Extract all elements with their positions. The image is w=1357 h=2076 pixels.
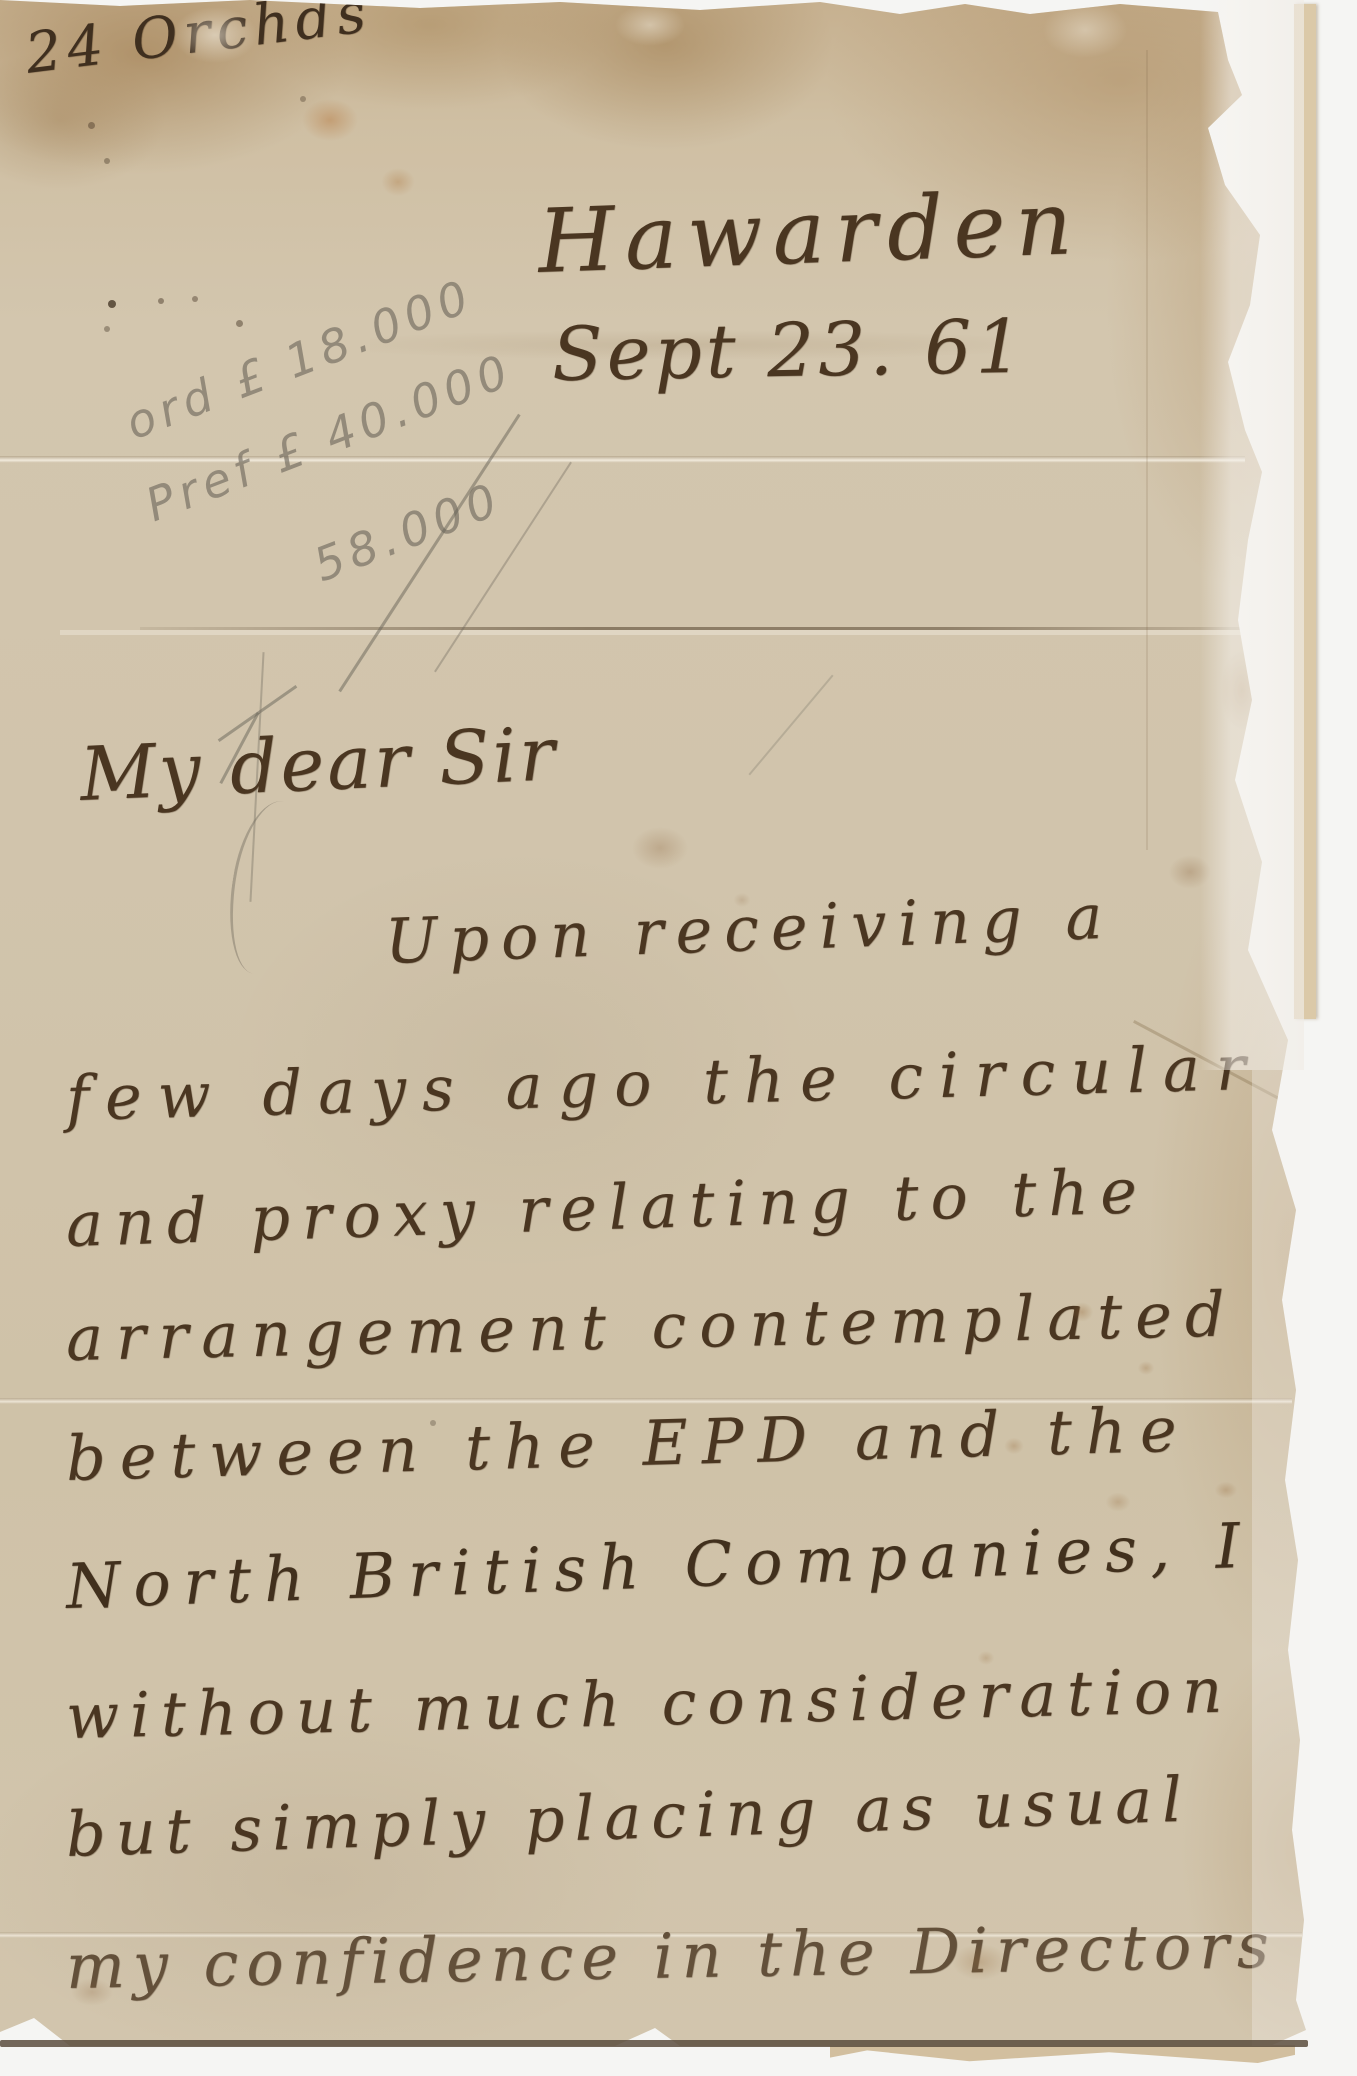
pinhole bbox=[192, 296, 198, 302]
scanner-background: ord £ 18.000 Pref £ 40.000 58.000 24 Orc… bbox=[0, 0, 1357, 2076]
pinhole bbox=[236, 320, 243, 327]
letter-date: Sept 23. 61 bbox=[551, 304, 1027, 398]
tape-strip bbox=[1252, 1070, 1310, 2046]
body-line: and proxy relating to the bbox=[65, 1154, 1150, 1261]
body-line: few days ago the circular bbox=[65, 1031, 1262, 1135]
pinhole bbox=[104, 326, 110, 332]
letter-place: Hawarden bbox=[536, 171, 1083, 293]
body-line: between the EPD and the bbox=[65, 1393, 1191, 1495]
pencil-stroke bbox=[748, 675, 833, 776]
docket-note: 24 Orchds bbox=[22, 0, 375, 87]
body-line: my confidence in the Directors bbox=[65, 1909, 1277, 2003]
pencil-curved-stroke bbox=[219, 795, 318, 979]
pinhole bbox=[88, 122, 95, 129]
pencil-calc-line: 58.000 bbox=[306, 471, 509, 592]
body-line: arrangement contemplated bbox=[65, 1277, 1238, 1375]
pinhole bbox=[158, 298, 164, 304]
body-line: without much consideration bbox=[65, 1654, 1234, 1753]
body-line: but simply placing as usual bbox=[65, 1763, 1193, 1871]
tape-strip bbox=[1200, 0, 1304, 1070]
vertical-crease bbox=[1146, 50, 1148, 850]
letter-salutation: My dear Sir bbox=[78, 711, 559, 818]
pinhole bbox=[108, 300, 116, 308]
page-bottom-edge-shadow bbox=[0, 2040, 1308, 2047]
pinhole bbox=[300, 96, 306, 102]
body-line: North British Companies, I bbox=[65, 1509, 1254, 1623]
adjacent-sheet-edge-bottom bbox=[830, 2045, 1295, 2063]
letter-page: ord £ 18.000 Pref £ 40.000 58.000 24 Orc… bbox=[0, 0, 1316, 2046]
pinhole bbox=[104, 158, 110, 164]
fold-crease bbox=[60, 630, 1260, 635]
body-line: Upon receiving a bbox=[384, 880, 1116, 978]
fold-crease bbox=[140, 627, 1260, 630]
